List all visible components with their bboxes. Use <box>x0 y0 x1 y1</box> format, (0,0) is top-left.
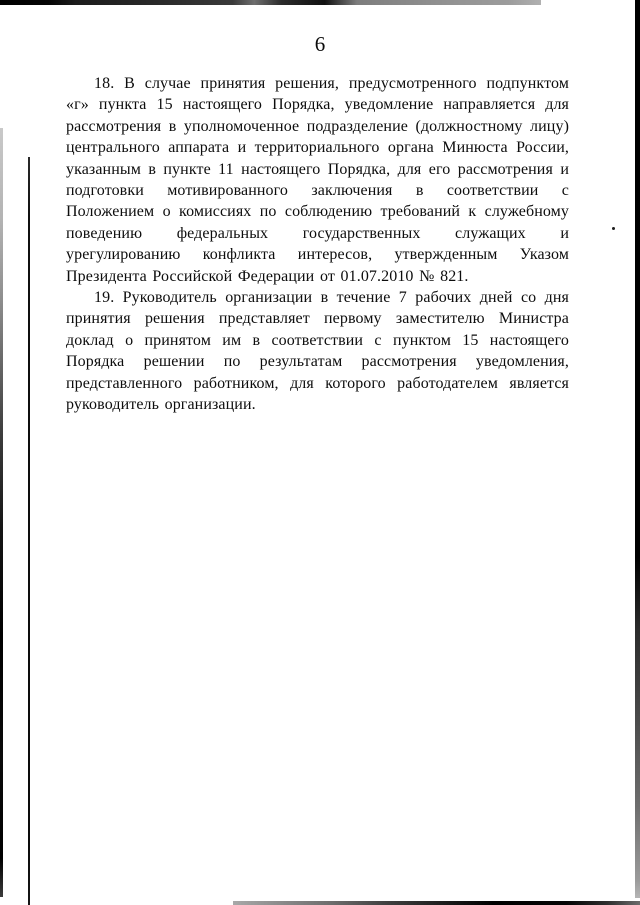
scan-inner-vertical-line <box>28 157 30 905</box>
scanned-document-page: 6 18. В случае принятия решения, предусм… <box>0 0 640 905</box>
paragraph-19: 19. Руководитель организации в течение 7… <box>66 287 569 415</box>
scan-left-edge-strip <box>0 128 3 897</box>
scan-right-edge-bar <box>635 0 640 898</box>
scan-top-edge-bar <box>0 0 541 5</box>
document-body-text: 18. В случае принятия решения, предусмот… <box>66 73 569 416</box>
paragraph-18: 18. В случае принятия решения, предусмот… <box>66 73 569 287</box>
page-number: 6 <box>0 32 640 57</box>
scan-ink-speck <box>612 227 615 230</box>
scan-bottom-edge-bar <box>233 901 640 905</box>
